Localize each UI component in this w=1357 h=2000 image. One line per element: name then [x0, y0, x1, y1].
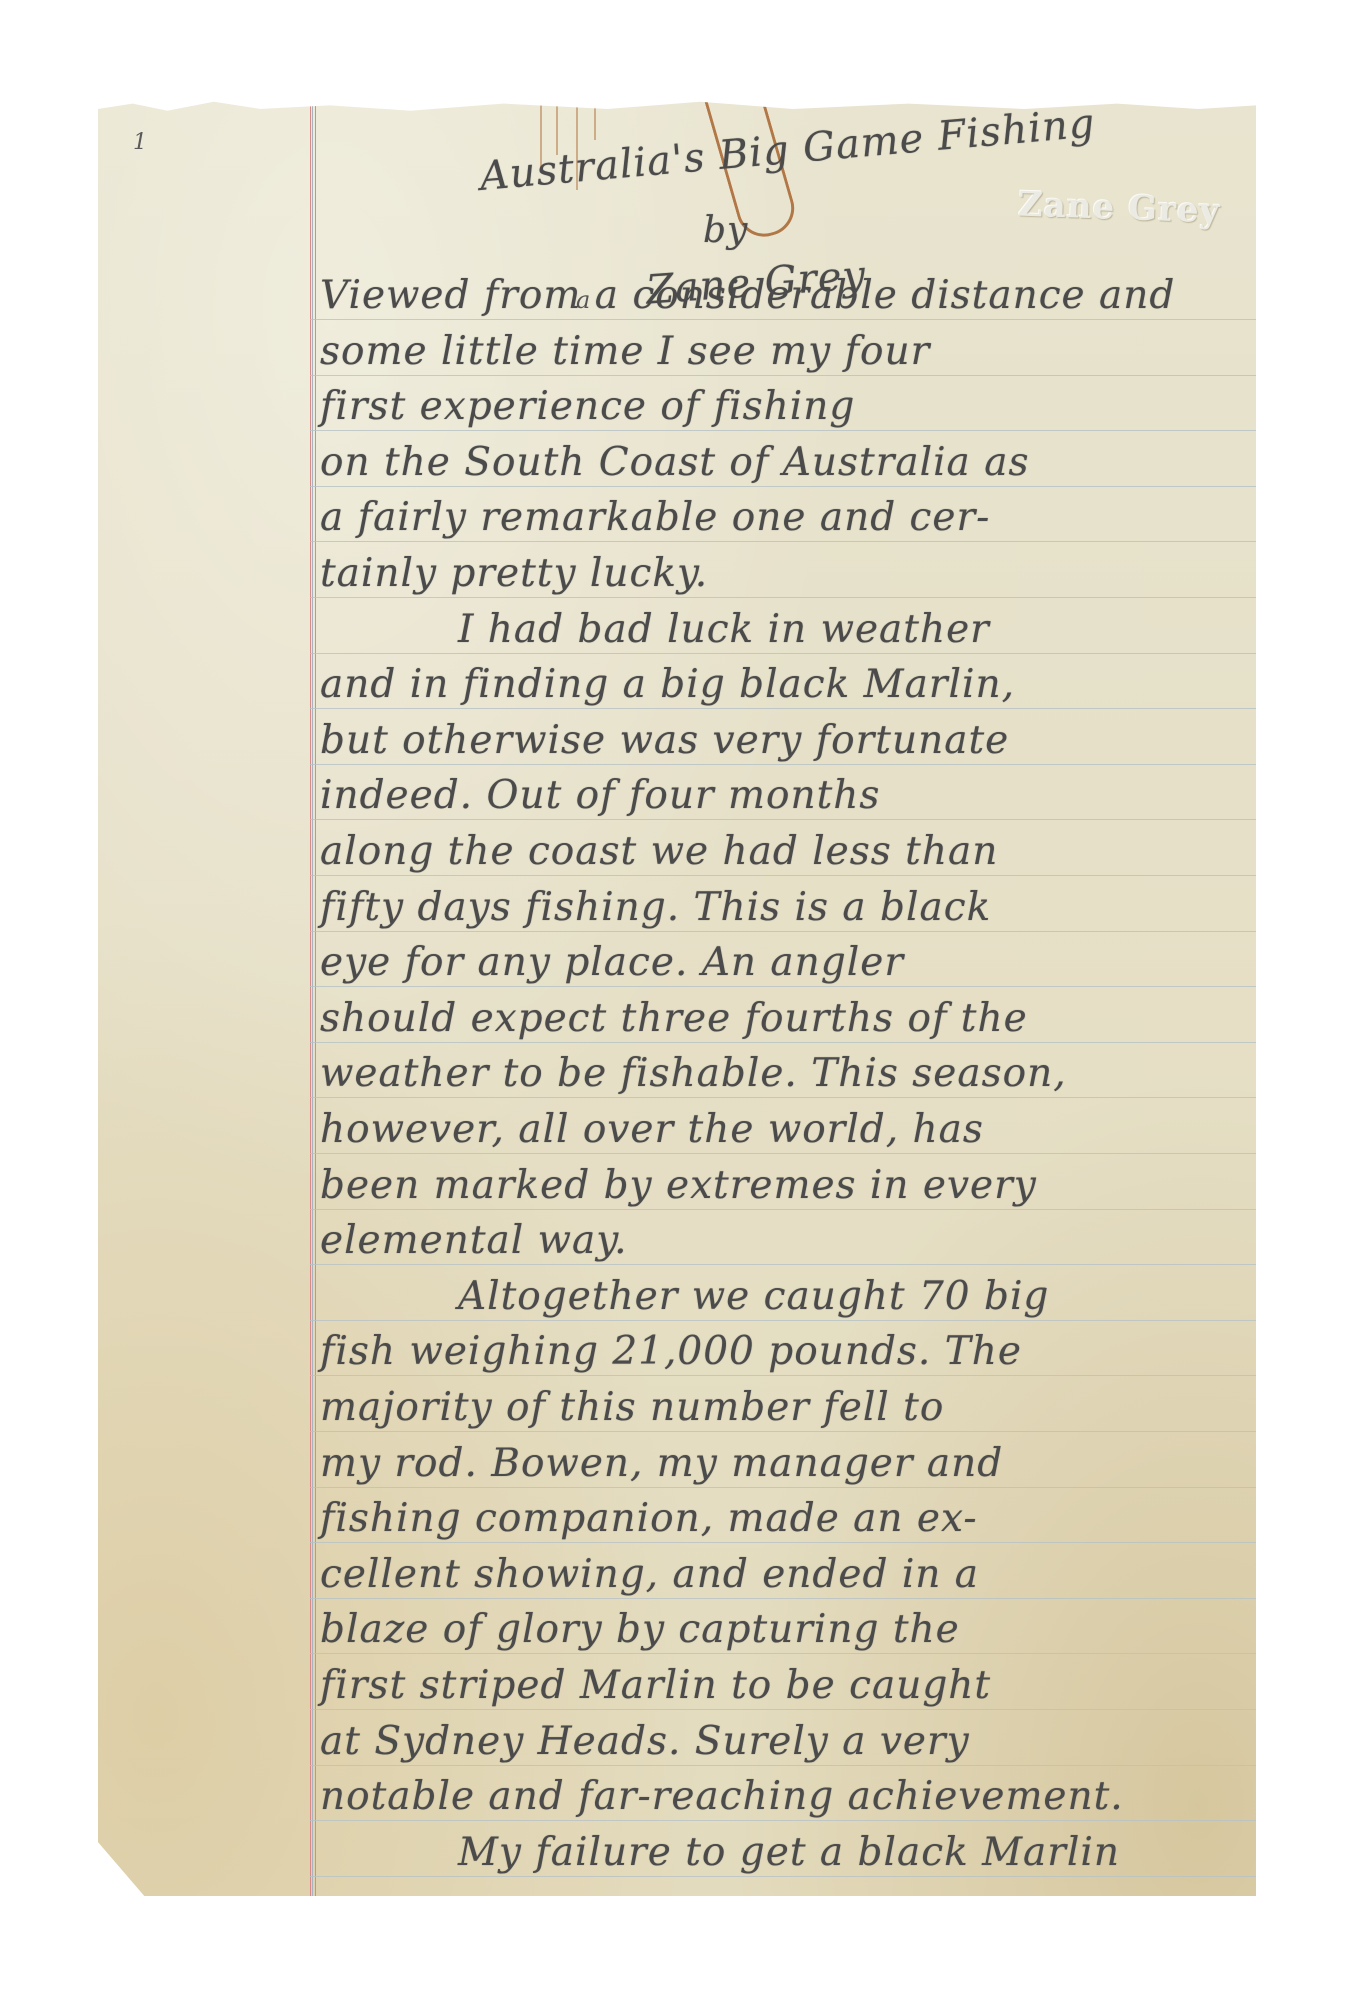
manuscript-line: My failure to get a black Marlin [458, 1830, 1120, 1875]
manuscript-line: weather to be fishable. This season, [320, 1051, 1067, 1096]
manuscript-line: first striped Marlin to be caught [320, 1663, 991, 1708]
manuscript-line: fish weighing 21,000 pounds. The [320, 1329, 1022, 1374]
manuscript-line: should expect three fourths of the [320, 996, 1028, 1041]
manuscript-line: majority of this number fell to [320, 1385, 944, 1430]
manuscript-line: Altogether we caught 70 big [458, 1274, 1049, 1319]
ruled-line [310, 1765, 1256, 1766]
manuscript-line: a fairly remarkable one and cer- [320, 495, 990, 540]
manuscript-line: fishing companion, made an ex- [320, 1496, 978, 1541]
ruled-line [310, 1598, 1256, 1599]
embossed-letterhead: Zane Grey [1017, 184, 1221, 231]
ruled-line [310, 1209, 1256, 1210]
manuscript-line: indeed. Out of four months [320, 773, 880, 818]
ruled-line [310, 1431, 1256, 1432]
rust-stain [594, 100, 596, 140]
ruled-line [310, 1042, 1256, 1043]
margin-line-red [310, 100, 311, 1896]
ruled-line [310, 1097, 1256, 1098]
ruled-line [310, 597, 1256, 598]
ruled-line [310, 986, 1256, 987]
ruled-line [310, 486, 1256, 487]
page-number: 1 [133, 130, 147, 155]
ruled-line [310, 1320, 1256, 1321]
manuscript-line: on the South Coast of Australia as [320, 440, 1029, 485]
manuscript-line: eye for any place. An angler [320, 940, 904, 985]
manuscript-line: along the coast we had less than [320, 829, 998, 874]
margin-line-blue [312, 100, 313, 1896]
ruled-line [310, 653, 1256, 654]
manuscript-line: fifty days fishing. This is a black [320, 885, 991, 930]
manuscript-line: Viewed from a considerable distance and [320, 273, 1175, 318]
byline-by: by [703, 210, 748, 251]
ruled-line [310, 1876, 1256, 1877]
ruled-line [310, 1820, 1256, 1821]
manuscript-line: but otherwise was very fortunate [320, 718, 1009, 763]
manuscript-line: however, all over the world, has [320, 1107, 984, 1152]
ruled-line [310, 1375, 1256, 1376]
ruled-line [310, 375, 1256, 376]
ruled-line [310, 708, 1256, 709]
ruled-line [310, 1709, 1256, 1710]
manuscript-line: at Sydney Heads. Surely a very [320, 1719, 970, 1764]
margin-line-red [315, 100, 316, 1896]
manuscript-page: 1 Zane Grey Australia's Big Game Fishing… [98, 100, 1256, 1896]
manuscript-line: elemental way. [320, 1218, 628, 1263]
ruled-line [310, 319, 1256, 320]
ruled-line [310, 1653, 1256, 1654]
ruled-line [310, 1264, 1256, 1265]
manuscript-line: I had bad luck in weather [458, 607, 990, 652]
manuscript-line: notable and far-reaching achievement. [320, 1774, 1124, 1819]
ruled-line [310, 1487, 1256, 1488]
ruled-line [310, 541, 1256, 542]
ruled-line [310, 1542, 1256, 1543]
manuscript-line: tainly pretty lucky. [320, 551, 708, 596]
manuscript-line: first experience of fishing [320, 384, 855, 429]
ruled-line [310, 764, 1256, 765]
manuscript-line: my rod. Bowen, my manager and [320, 1441, 1003, 1486]
ruled-line [310, 819, 1256, 820]
manuscript-line: blaze of glory by capturing the [320, 1607, 960, 1652]
ruled-line [310, 875, 1256, 876]
ruled-line [310, 931, 1256, 932]
manuscript-line: and in finding a big black Marlin, [320, 662, 1015, 707]
ruled-line [310, 430, 1256, 431]
manuscript-line: cellent showing, and ended in a [320, 1552, 979, 1597]
manuscript-line: some little time I see my four [320, 329, 930, 374]
ruled-line [310, 1153, 1256, 1154]
manuscript-line: been marked by extremes in every [320, 1163, 1037, 1208]
